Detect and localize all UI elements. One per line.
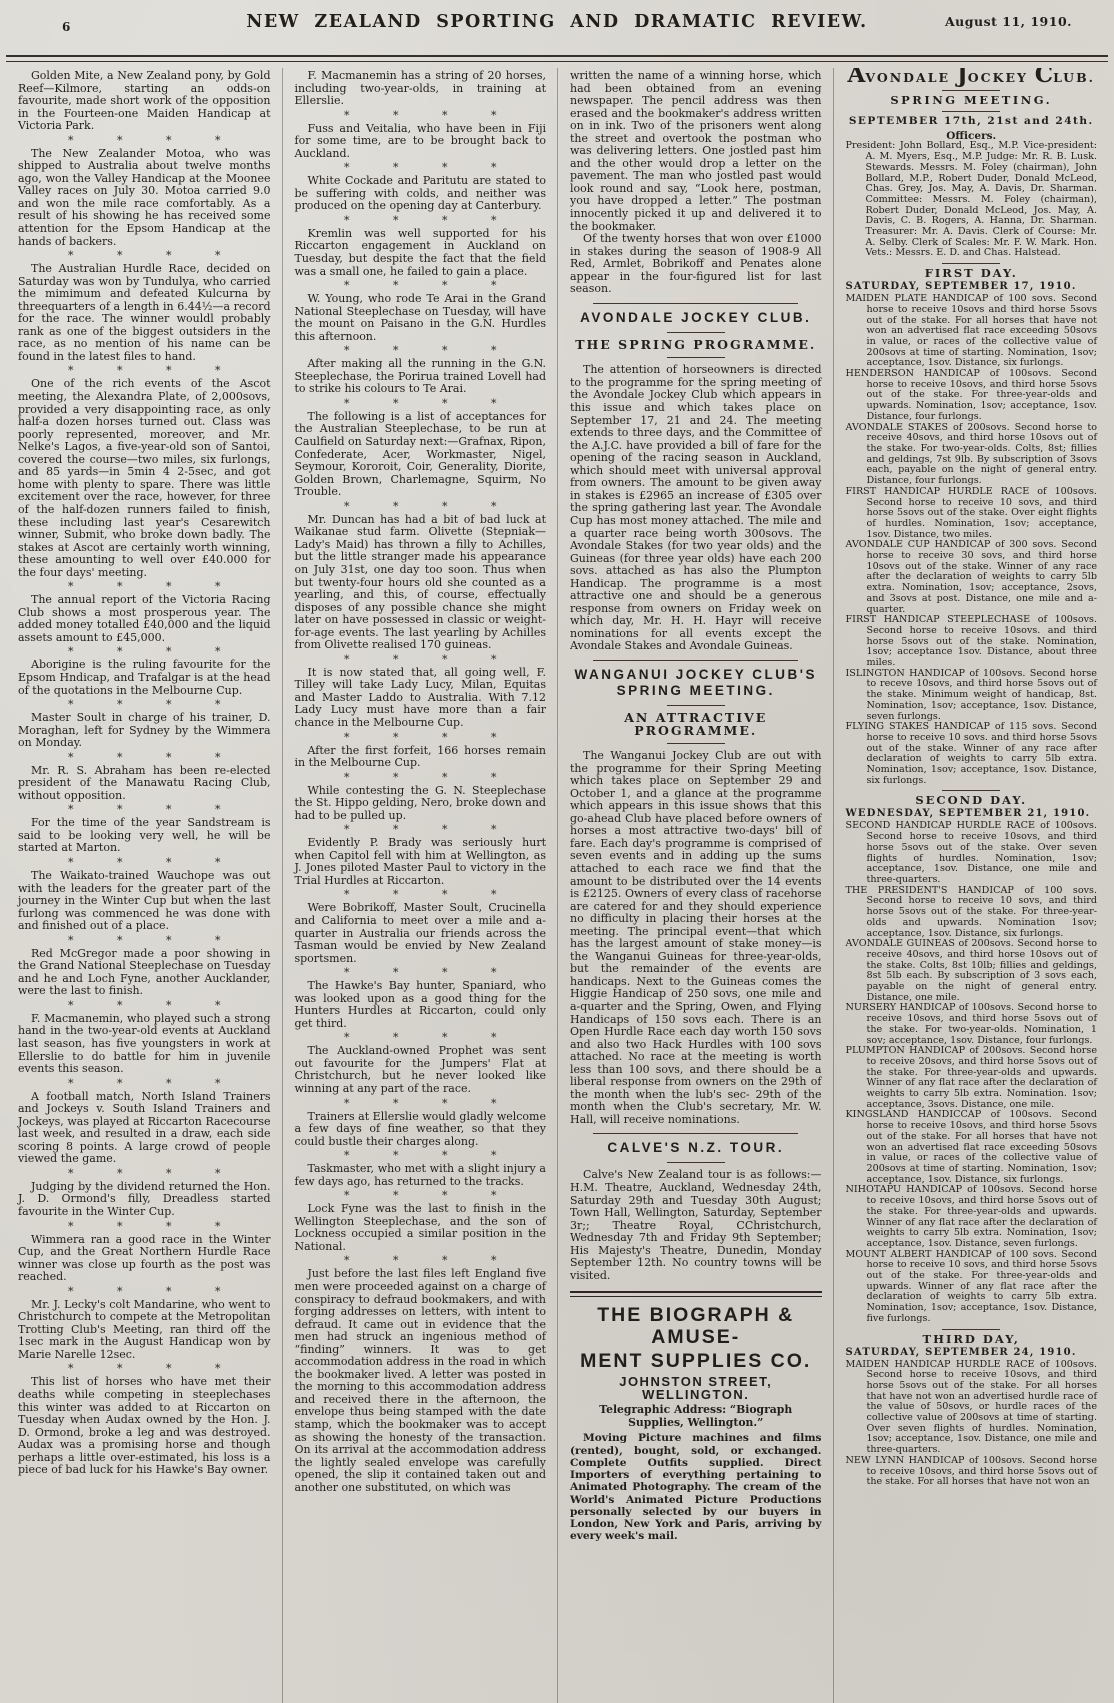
news-paragraph-block: W. Young, who rode Te Arai in the Grand … — [295, 293, 547, 358]
title-word: JOCKEY — [957, 70, 1028, 86]
advert-title-line2: MENT SUPPLIES CO. — [570, 1350, 822, 1372]
news-paragraph: Were Bobrikoff, Master Soult, Crucinella… — [295, 902, 547, 965]
section-rule — [942, 790, 1000, 791]
wanganui-article-heading-line2: SPRING MEETING. — [570, 683, 822, 699]
title-initial: C — [1035, 68, 1053, 88]
news-paragraph-block: Judging by the dividend returned the Hon… — [18, 1181, 271, 1234]
section-rule — [667, 705, 725, 706]
advert-telegraphic-address: Telegraphic Address: “Biograph Supplies,… — [570, 1404, 822, 1429]
second-day-races: SECOND HANDICAP HURDLE RACE of 100sovs. … — [846, 821, 1098, 1324]
news-paragraph-block: The following is a list of acceptances f… — [295, 411, 547, 514]
paragraph-separator: * * * * — [295, 1030, 547, 1045]
section-rule — [667, 332, 725, 333]
paragraph-separator: * * * * — [18, 697, 271, 712]
column-layout: Golden Mite, a New Zealand pony, by Gold… — [0, 64, 1114, 1703]
news-paragraph: F. Macmanemin has a string of 20 horses,… — [295, 70, 547, 108]
first-day-date: SATURDAY, SEPTEMBER 17, 1910. — [846, 281, 1098, 293]
news-paragraph: For the time of the year Sandstream is s… — [18, 817, 271, 855]
wanganui-article-body: The Wanganui Jockey Club are out with th… — [570, 750, 822, 1126]
paragraph-separator: * * * * — [295, 278, 547, 293]
section-rule — [593, 1133, 798, 1134]
news-paragraph: White Cockade and Paritutu are stated to… — [295, 175, 547, 213]
news-paragraph-block: Just before the last files left England … — [295, 1268, 547, 1494]
paragraph-separator: * * * * — [18, 933, 271, 948]
calve-article-heading: CALVE'S N.Z. TOUR. — [570, 1140, 822, 1156]
news-paragraph: Evidently P. Brady was seriously hurt wh… — [295, 837, 547, 887]
news-paragraph-block: For the time of the year Sandstream is s… — [18, 817, 271, 870]
paragraph-separator: * * * * — [18, 998, 271, 1013]
race-conditions: AVONDALE CUP HANDICAP of 300 sovs. Secon… — [846, 540, 1098, 615]
paragraph-separator: * * * * — [18, 644, 271, 659]
race-conditions: AVONDALE STAKES of 200sovs. Second horse… — [846, 423, 1098, 487]
issue-date: August 11, 1910. — [945, 14, 1072, 29]
news-paragraph: It is now stated that, all going well, F… — [295, 667, 547, 730]
news-paragraph: Mr. R. S. Abraham has been re-elected pr… — [18, 765, 271, 803]
news-paragraph-block: This list of horses who have met their d… — [18, 1376, 271, 1476]
paragraph-separator: * * * * — [295, 213, 547, 228]
news-paragraph-block: Fuss and Veitalia, who have been in Fiji… — [295, 123, 547, 176]
news-paragraph-block: The New Zealander Motoa, who was shipped… — [18, 148, 271, 263]
news-paragraph-block: Trainers at Ellerslie would gladly welco… — [295, 1111, 547, 1164]
news-paragraph-block: The annual report of the Victoria Racing… — [18, 594, 271, 659]
news-paragraph: Judging by the dividend returned the Hon… — [18, 1181, 271, 1219]
section-rule — [942, 90, 1000, 91]
news-paragraph: One of the rich events of the Ascot meet… — [18, 378, 271, 579]
race-conditions: MAIDEN PLATE HANDICAP of 100 sovs. Secon… — [846, 294, 1098, 369]
section-rule — [942, 1329, 1000, 1330]
third-day-races: MAIDEN HANDICAP HURDLE RACE of 100sovs. … — [846, 1360, 1098, 1488]
third-day-date: SATURDAY, SEPTEMBER 24, 1910. — [846, 1347, 1098, 1359]
news-paragraph: Golden Mite, a New Zealand pony, by Gold… — [18, 70, 271, 133]
column-4: AVONDALE JOCKEY CLUB. SPRING MEETING. SE… — [833, 68, 1109, 1703]
news-paragraph: Aborigine is the ruling favourite for th… — [18, 659, 271, 697]
paragraph-separator: * * * * — [18, 1166, 271, 1181]
paragraph-separator: * * * * — [295, 652, 547, 667]
avondale-article-subheading: THE SPRING PROGRAMME. — [570, 339, 822, 352]
paragraph-separator: * * * * — [295, 499, 547, 514]
race-conditions: MOUNT ALBERT HANDICAP of 100 sovs. Secon… — [846, 1250, 1098, 1325]
news-paragraph-block: Kremlin was well supported for his Ricca… — [295, 228, 547, 293]
paragraph-separator: * * * * — [18, 750, 271, 765]
news-paragraph-block: Mr. R. S. Abraham has been re-elected pr… — [18, 765, 271, 818]
race-conditions: ISLINGTON HANDICAP of 100sovs. Second ho… — [846, 669, 1098, 723]
news-paragraph: Master Soult in charge of his trainer, D… — [18, 712, 271, 750]
news-paragraph: W. Young, who rode Te Arai in the Grand … — [295, 293, 547, 343]
officers-list: President: John Bollard, Esq., M.P. Vice… — [846, 141, 1098, 259]
news-paragraph: Of the twenty horses that won over £1000… — [570, 233, 822, 296]
news-paragraph: After making all the running in the G.N.… — [295, 358, 547, 396]
column-2-paragraphs: F. Macmanemin has a string of 20 horses,… — [295, 70, 547, 1494]
club-programme-title: AVONDALE JOCKEY CLUB. — [848, 70, 1096, 86]
news-paragraph-block: While contesting the G. N. Steeplechase … — [295, 785, 547, 838]
news-paragraph: The following is a list of acceptances f… — [295, 411, 547, 499]
title-initial: J — [957, 68, 968, 88]
calve-article-body: Calve's New Zealand tour is as follows:—… — [570, 1169, 822, 1282]
news-paragraph: The New Zealander Motoa, who was shipped… — [18, 148, 271, 248]
news-paragraph-block: Aborigine is the ruling favourite for th… — [18, 659, 271, 712]
news-paragraph: The Australian Hurdle Race, decided on S… — [18, 263, 271, 363]
news-paragraph-block: Mr. Duncan has had a bit of bad luck at … — [295, 514, 547, 667]
race-conditions: NIHOTAPU HANDICAP of 100sovs. Second hor… — [846, 1185, 1098, 1249]
advert-top-rule — [570, 1291, 822, 1297]
column-1: Golden Mite, a New Zealand pony, by Gold… — [6, 68, 282, 1703]
section-rule — [667, 1162, 725, 1163]
news-paragraph: Just before the last files left England … — [295, 1268, 547, 1494]
column-2: F. Macmanemin has a string of 20 horses,… — [282, 68, 558, 1703]
news-paragraph-block: Red McGregor made a poor showing in the … — [18, 948, 271, 1013]
paragraph-separator: * * * * — [295, 396, 547, 411]
column-3: written the name of a winning horse, whi… — [557, 68, 833, 1703]
news-paragraph: While contesting the G. N. Steeplechase … — [295, 785, 547, 823]
paragraph-separator: * * * * — [295, 1096, 547, 1111]
title-rest: VONDALE — [865, 70, 950, 85]
news-paragraph: Lock Fyne was the last to finish in the … — [295, 1203, 547, 1253]
news-paragraph-block: F. Macmanemin, who played such a strong … — [18, 1013, 271, 1091]
news-paragraph-block: Were Bobrikoff, Master Soult, Crucinella… — [295, 902, 547, 980]
avondale-article-heading: AVONDALE JOCKEY CLUB. — [570, 310, 822, 326]
paragraph-separator: * * * * — [295, 1188, 547, 1203]
race-conditions: THE PRESIDENT'S HANDICAP of 100 sovs. Se… — [846, 886, 1098, 940]
news-paragraph-block: The Waikato-trained Wauchope was out wit… — [18, 870, 271, 948]
third-day-heading: THIRD DAY, — [846, 1333, 1098, 1346]
section-rule — [667, 743, 725, 744]
news-paragraph: The Auckland-owned Prophet was sent out … — [295, 1045, 547, 1095]
paragraph-separator: * * * * — [295, 160, 547, 175]
news-paragraph-block: A football match, North Island Trainers … — [18, 1091, 271, 1181]
first-day-heading: FIRST DAY. — [846, 267, 1098, 280]
paragraph-separator: * * * * — [18, 1284, 271, 1299]
news-paragraph-block: Evidently P. Brady was seriously hurt wh… — [295, 837, 547, 902]
paragraph-separator: * * * * — [18, 1361, 271, 1376]
news-paragraph: Kremlin was well supported for his Ricca… — [295, 228, 547, 278]
paragraph-separator: * * * * — [295, 822, 547, 837]
paragraph-separator: * * * * — [18, 1076, 271, 1091]
page-header: 6 NEW ZEALAND SPORTING AND DRAMATIC REVI… — [0, 0, 1114, 52]
news-paragraph: A football match, North Island Trainers … — [18, 1091, 271, 1166]
first-day-races: MAIDEN PLATE HANDICAP of 100 sovs. Secon… — [846, 294, 1098, 786]
news-paragraph-block: It is now stated that, all going well, F… — [295, 667, 547, 745]
race-conditions: FIRST HANDICAP STEEPLECHASE of 100sovs. … — [846, 615, 1098, 669]
news-paragraph: This list of horses who have met their d… — [18, 1376, 271, 1476]
news-paragraph-block: After making all the running in the G.N.… — [295, 358, 547, 411]
paragraph-separator: * * * * — [18, 1219, 271, 1234]
news-paragraph: Fuss and Veitalia, who have been in Fiji… — [295, 123, 547, 161]
race-conditions: NURSERY HANDICAP of 100sovs. Second hors… — [846, 1003, 1098, 1046]
race-conditions: FIRST HANDICAP HURDLE RACE of 100sovs. S… — [846, 487, 1098, 541]
paragraph-separator: * * * * — [18, 579, 271, 594]
news-paragraph-block: Master Soult in charge of his trainer, D… — [18, 712, 271, 765]
race-conditions: MAIDEN HANDICAP HURDLE RACE of 100sovs. … — [846, 1360, 1098, 1456]
header-rule — [6, 55, 1108, 62]
paragraph-separator: * * * * — [18, 133, 271, 148]
news-paragraph: The Waikato-trained Wauchope was out wit… — [18, 870, 271, 933]
news-paragraph-block: F. Macmanemin has a string of 20 horses,… — [295, 70, 547, 123]
spring-meeting-heading: SPRING MEETING. — [846, 94, 1098, 107]
paragraph-separator: * * * * — [295, 770, 547, 785]
news-paragraph-block: After the first forfeit, 166 horses rema… — [295, 745, 547, 785]
title-rest: OCKEY — [968, 70, 1028, 85]
news-paragraph-block: The Hawke's Bay hunter, Spaniard, who wa… — [295, 980, 547, 1045]
race-conditions: HENDERSON HANDICAP of 100sovs. Second ho… — [846, 369, 1098, 423]
title-word: AVONDALE — [848, 70, 951, 86]
news-paragraph: Red McGregor made a poor showing in the … — [18, 948, 271, 998]
paragraph-separator: * * * * — [295, 730, 547, 745]
page-number: 6 — [62, 20, 70, 34]
paragraph-separator: * * * * — [295, 1148, 547, 1163]
section-rule — [593, 660, 798, 661]
news-paragraph: The annual report of the Victoria Racing… — [18, 594, 271, 644]
section-rule — [667, 357, 725, 358]
news-paragraph-block: The Auckland-owned Prophet was sent out … — [295, 1045, 547, 1110]
news-paragraph-block: Taskmaster, who met with a slight injury… — [295, 1163, 547, 1203]
second-day-date: WEDNESDAY, SEPTEMBER 21, 1910. — [846, 808, 1098, 820]
wanganui-article-heading-line1: WANGANUI JOCKEY CLUB'S — [570, 667, 822, 683]
news-paragraph-block: Lock Fyne was the last to finish in the … — [295, 1203, 547, 1268]
column-1-paragraphs: Golden Mite, a New Zealand pony, by Gold… — [18, 70, 271, 1477]
race-conditions: PLUMPTON HANDICAP of 200sovs. Second hor… — [846, 1046, 1098, 1110]
advert-title-line1: THE BIOGRAPH & AMUSE- — [570, 1304, 822, 1348]
race-conditions: FLYING STAKES HANDICAP of 115 sovs. Seco… — [846, 722, 1098, 786]
news-paragraph: Mr. J. Lecky's colt Mandarine, who went … — [18, 1299, 271, 1362]
advert-address: JOHNSTON STREET, WELLINGTON. — [570, 1376, 822, 1401]
race-conditions: NEW LYNN HANDICAP of 100sovs. Second hor… — [846, 1456, 1098, 1488]
paragraph-separator: * * * * — [295, 343, 547, 358]
title-initial: A — [848, 68, 866, 88]
paragraph-separator: * * * * — [295, 887, 547, 902]
paragraph-separator: * * * * — [295, 965, 547, 980]
news-paragraph: Mr. Duncan has had a bit of bad luck at … — [295, 514, 547, 652]
paragraph-separator: * * * * — [295, 108, 547, 123]
biograph-advert: THE BIOGRAPH & AMUSE- MENT SUPPLIES CO. … — [570, 1304, 822, 1542]
paragraph-separator: * * * * — [18, 363, 271, 378]
news-paragraph-block: White Cockade and Paritutu are stated to… — [295, 175, 547, 228]
paragraph-separator: * * * * — [18, 248, 271, 263]
second-day-heading: SECOND DAY. — [846, 794, 1098, 807]
paragraph-separator: * * * * — [18, 802, 271, 817]
wanganui-article-subheading: AN ATTRACTIVE PROGRAMME. — [570, 712, 822, 737]
news-paragraph: The Hawke's Bay hunter, Spaniard, who wa… — [295, 980, 547, 1030]
newspaper-page: 6 NEW ZEALAND SPORTING AND DRAMATIC REVI… — [0, 0, 1114, 1703]
news-paragraph: Trainers at Ellerslie would gladly welco… — [295, 1111, 547, 1149]
title-rest: LUB. — [1053, 70, 1095, 85]
title-word: CLUB. — [1035, 70, 1095, 86]
continued-paragraph: written the name of a winning horse, whi… — [570, 70, 822, 233]
news-paragraph-block: Wimmera ran a good race in the Winter Cu… — [18, 1234, 271, 1299]
section-rule — [593, 303, 798, 304]
news-paragraph-block: One of the rich events of the Ascot meet… — [18, 378, 271, 594]
race-conditions: AVONDALE GUINEAS of 200sovs. Second hors… — [846, 939, 1098, 1003]
news-paragraph-block: Golden Mite, a New Zealand pony, by Gold… — [18, 70, 271, 148]
paragraph-separator: * * * * — [18, 855, 271, 870]
section-rule — [942, 111, 1000, 112]
race-conditions: SECOND HANDICAP HURDLE RACE of 100sovs. … — [846, 821, 1098, 885]
advert-body: Moving Picture machines and films (rente… — [570, 1432, 822, 1542]
news-paragraph: After the first forfeit, 166 horses rema… — [295, 745, 547, 770]
paragraph-separator: * * * * — [295, 1253, 547, 1268]
avondale-article-body: The attention of horseowners is directed… — [570, 364, 822, 653]
news-paragraph: F. Macmanemin, who played such a strong … — [18, 1013, 271, 1076]
news-paragraph-block: Mr. J. Lecky's colt Mandarine, who went … — [18, 1299, 271, 1377]
meeting-dates: SEPTEMBER 17th, 21st and 24th. — [846, 115, 1098, 127]
race-conditions: KINGSLAND HANDICCAP of 100sovs. Second h… — [846, 1110, 1098, 1185]
news-paragraph: Taskmaster, who met with a slight injury… — [295, 1163, 547, 1188]
news-paragraph-block: The Australian Hurdle Race, decided on S… — [18, 263, 271, 378]
news-paragraph: Wimmera ran a good race in the Winter Cu… — [18, 1234, 271, 1284]
section-rule — [942, 263, 1000, 264]
